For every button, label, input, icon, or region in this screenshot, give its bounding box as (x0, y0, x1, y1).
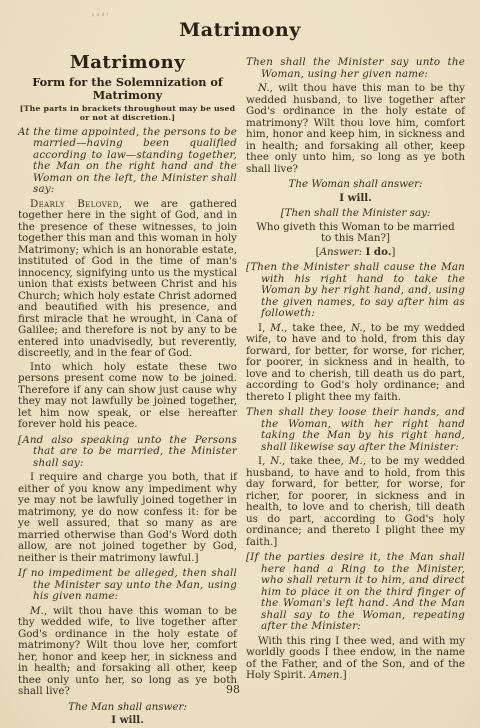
text-block-center-bold: I will. (18, 715, 237, 727)
text-run: , take thee, (282, 455, 349, 467)
running-head: Matrimony (0, 19, 480, 41)
ink-smudge (92, 12, 108, 16)
text-run-smallcaps: Dearly Beloved (30, 198, 119, 210)
text-block-para: Into which holy estate these two persons… (18, 362, 237, 431)
text-run: ] (343, 669, 347, 681)
text-run: I, (258, 455, 270, 467)
text-block-para: I, N., take thee, M., to be my wedded hu… (246, 456, 465, 548)
text-run: ] (391, 246, 395, 258)
text-block-para: I, M., take thee, N., to be my wedded wi… (246, 323, 465, 404)
text-block-center-roman: Who giveth this Woman to be married to t… (252, 222, 459, 245)
text-block-blackletter: Matrimony (18, 53, 237, 73)
left-column: MatrimonyForm for the Solemnization of M… (18, 53, 237, 728)
text-run-italic: N. (258, 82, 270, 94)
text-block-rubric: [If the parties desire it, the Man shall… (246, 552, 465, 633)
page-content: MatrimonyForm for the Solemnization of M… (18, 53, 465, 728)
text-block-center-italic: The Man shall answer: (18, 702, 237, 714)
text-block-center-bold: I will. (246, 193, 465, 205)
text-block-center-italic: The Woman shall answer: (246, 179, 465, 191)
text-block-note: [The parts in brackets throughout may be… (18, 104, 237, 123)
text-run: , take thee, (284, 322, 351, 334)
text-block-rubric: Then shall they loose their hands, and t… (246, 407, 465, 453)
text-run-italic: M. (30, 605, 44, 617)
text-run-italic: N. (351, 322, 363, 334)
text-block-rubric: [Then the Minister shall cause the Man w… (246, 262, 465, 320)
text-block-para: With this ring I thee wed, and with my w… (246, 636, 465, 682)
text-block-rubric: If no impediment be alleged, then shall … (18, 568, 237, 603)
text-block-rubric: At the time appointed, the persons to be… (18, 127, 237, 196)
text-run-bold: I do. (366, 246, 392, 258)
text-block-center-italic: [Then shall the Minister say: (246, 208, 465, 220)
text-run-italic: M. (270, 322, 284, 334)
text-run-italic: Answer: (320, 246, 363, 258)
text-run: , we are gathered together here in the s… (18, 198, 237, 360)
text-run-italic: Amen. (309, 669, 342, 681)
page-number: 98 (0, 683, 480, 696)
text-block-para: I require and charge you both, that if e… (18, 472, 237, 564)
text-block-center-mixed: [Answer: I do.] (246, 247, 465, 259)
text-run: , wilt thou have this man to be thy wedd… (246, 82, 465, 175)
text-run: , to be my wedded wife, to have and to h… (246, 322, 465, 403)
text-run: With this ring I thee wed, and with my w… (246, 635, 465, 682)
text-block-rubric: [And also speaking unto the Persons that… (18, 435, 237, 470)
text-block-subheading: Form for the Solemnization of Matrimony (18, 76, 237, 102)
text-run-italic: M. (349, 455, 363, 467)
text-block-para: N., wilt thou have this man to be thy we… (246, 83, 465, 175)
text-run-italic: N. (270, 455, 282, 467)
book-page: Matrimony MatrimonyForm for the Solemniz… (0, 0, 480, 728)
text-run: , to be my wedded husband, to have and t… (246, 455, 465, 548)
text-run: I, (258, 322, 270, 334)
right-column: Then shall the Minister say unto the Wom… (246, 53, 465, 728)
text-block-rubric: Then shall the Minister say unto the Wom… (246, 57, 465, 80)
text-block-para: Dearly Beloved, we are gathered together… (18, 199, 237, 360)
